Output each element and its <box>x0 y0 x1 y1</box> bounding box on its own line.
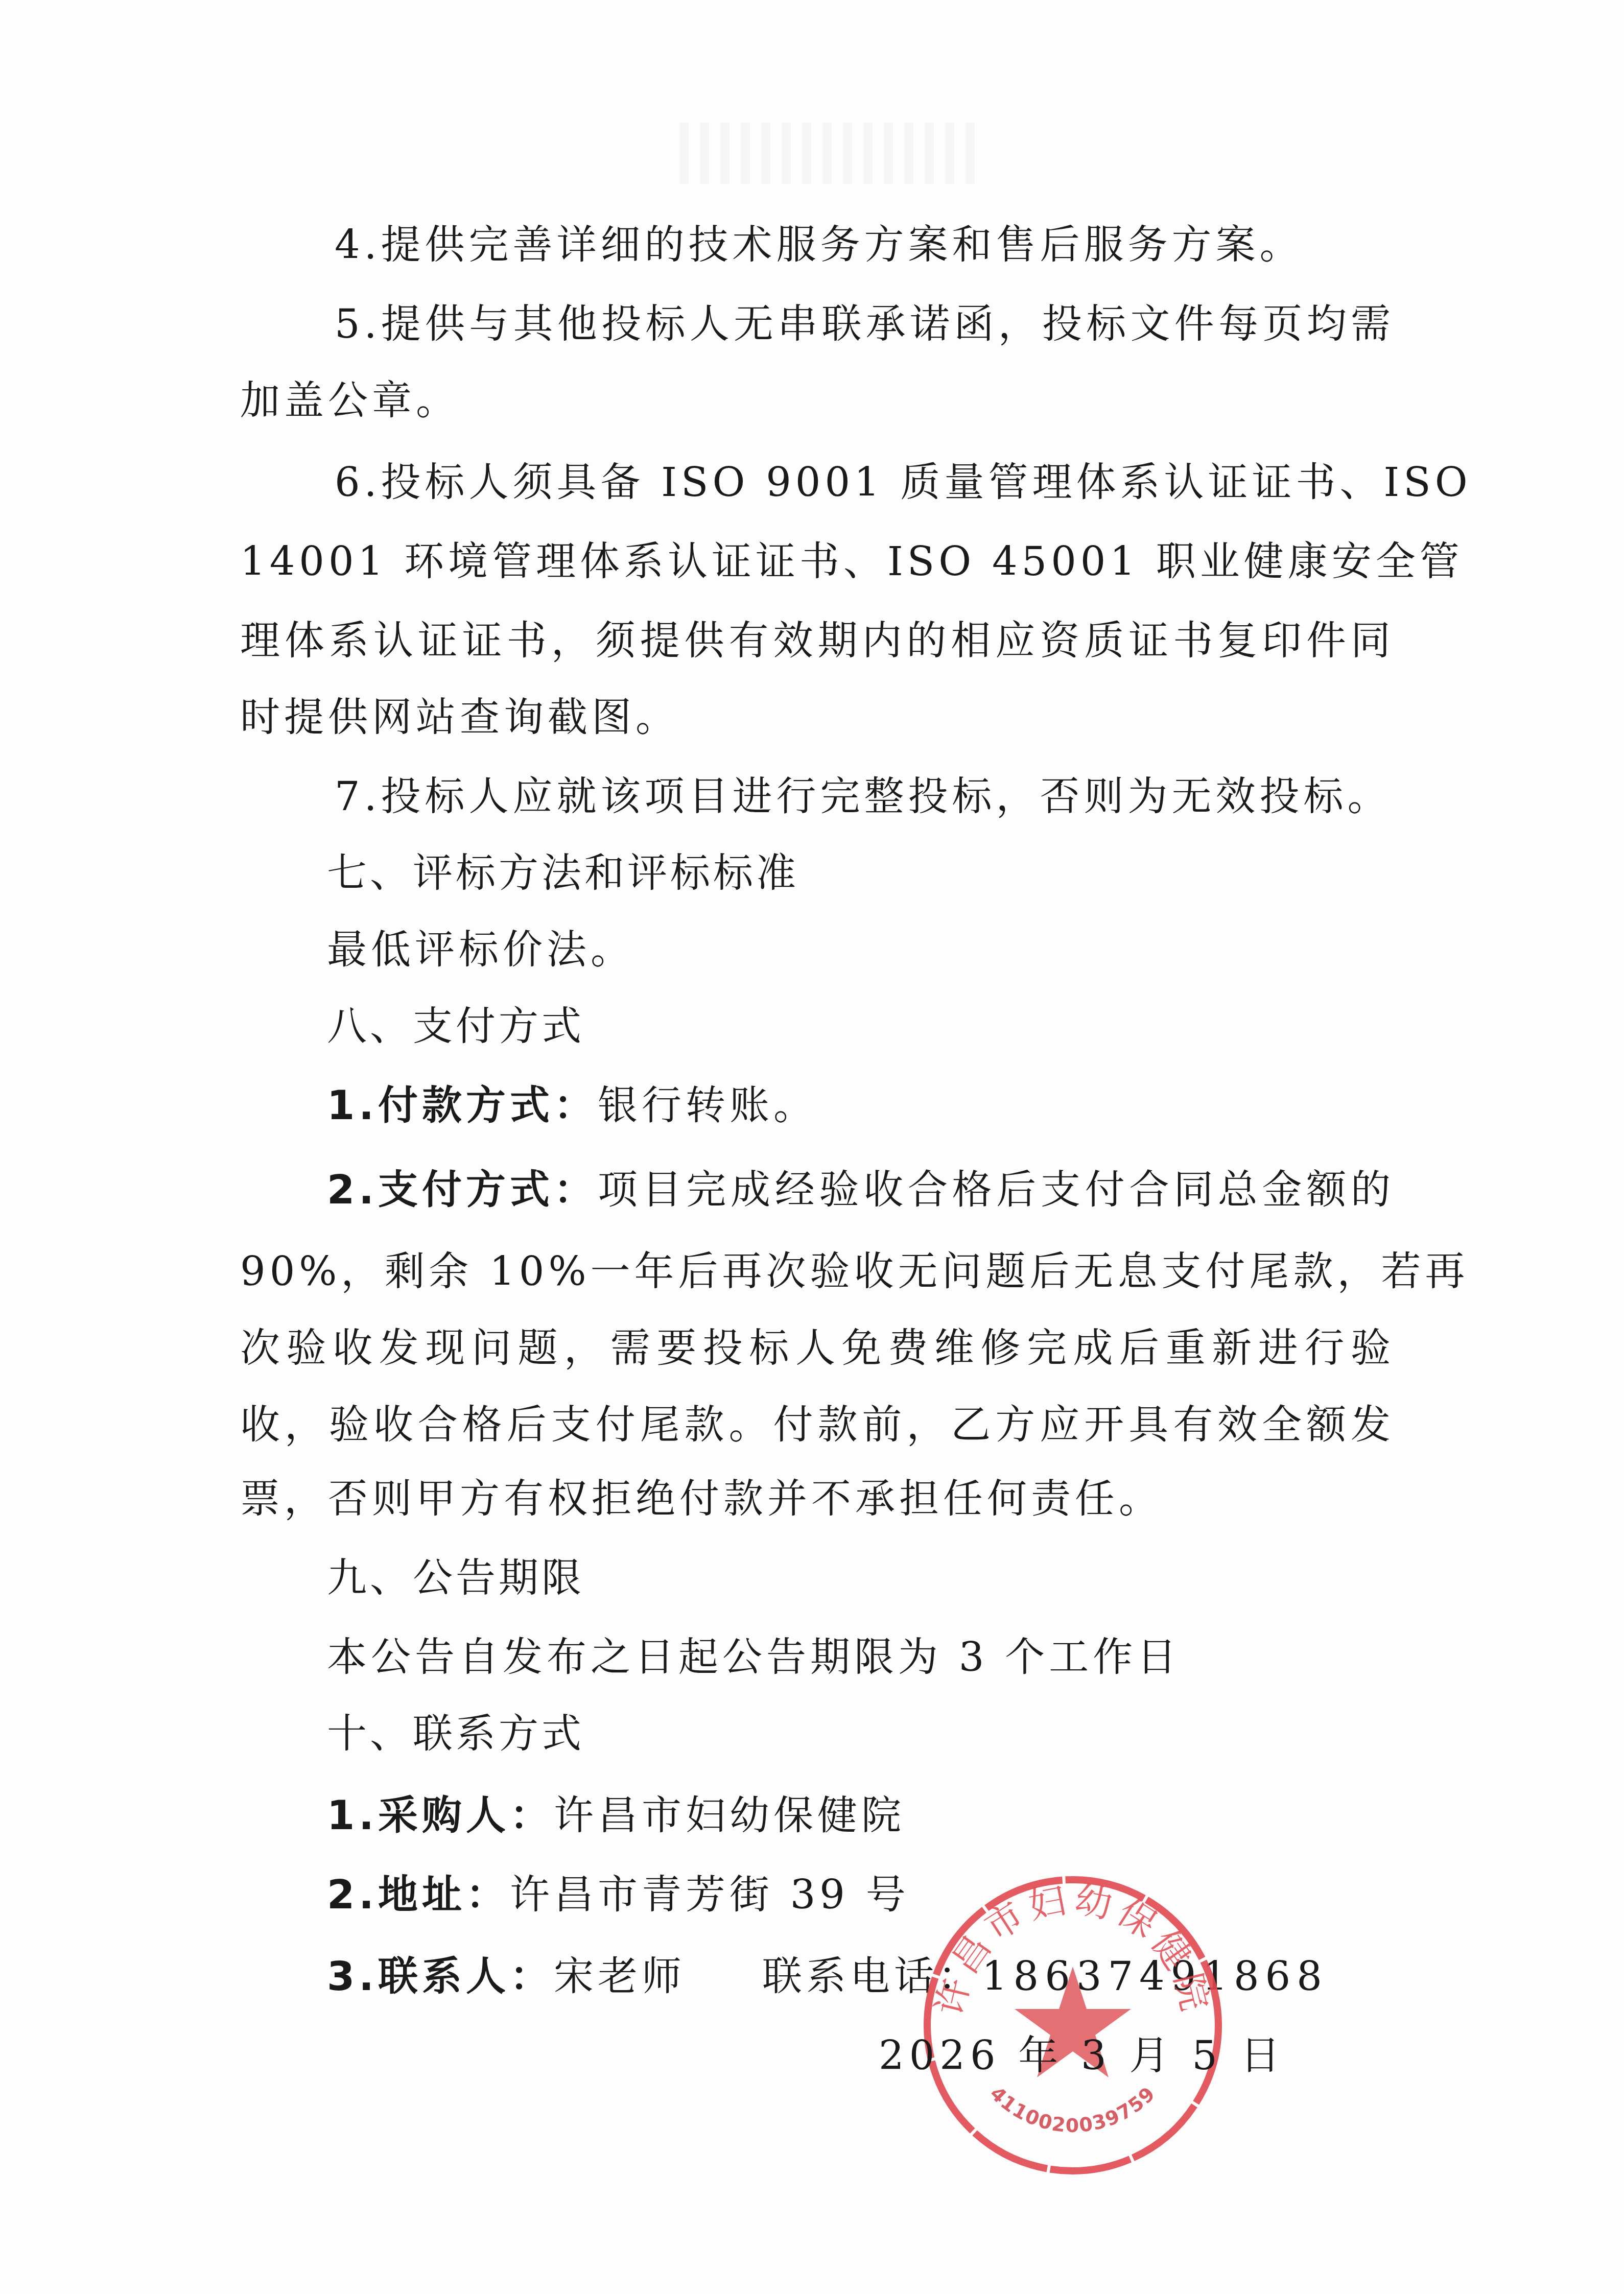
item-6-line-4: 时提供网站查询截图。 <box>240 692 1395 743</box>
payment-terms-line-3: 次验收发现问题，需要投标人免费维修完成后重新进行验 <box>240 1323 1395 1374</box>
seal-code: 4110020039759 <box>985 2082 1160 2137</box>
section-10-heading: 十、联系方式 <box>327 1709 1481 1760</box>
contact-label: 3.联系人： <box>327 1954 554 2000</box>
section-7-heading: 七、评标方法和评标标准 <box>327 848 1481 899</box>
section-8-heading: 八、支付方式 <box>327 1001 1481 1052</box>
section-7-body: 最低评标价法。 <box>327 925 1481 976</box>
section-9-heading: 九、公告期限 <box>327 1553 1481 1604</box>
item-6-line-3: 理体系认证证书，须提供有效期内的相应资质证书复印件同 <box>240 616 1395 667</box>
payment-terms-line-2: 90%，剩余 10%一年后再次验收无问题后无息支付尾款，若再 <box>240 1246 1395 1297</box>
item-7: 7.投标人应就该项目进行完整投标，否则为无效投标。 <box>335 771 1395 822</box>
payment-terms-label: 2.支付方式： <box>327 1165 598 1216</box>
payment-terms-row: 2.支付方式：项目完成经验收合格后支付合同总金额的 <box>327 1165 1395 1216</box>
faint-bleedthrough-text <box>679 123 986 184</box>
payment-terms-line-1: 项目完成经验收合格后支付合同总金额的 <box>598 1165 1395 1216</box>
section-9-body: 本公告自发布之日起公告期限为 3 个工作日 <box>327 1632 1481 1683</box>
address-label: 2.地址： <box>327 1872 510 1918</box>
item-5-line-2: 加盖公章。 <box>240 375 1395 427</box>
contact-row: 3.联系人：宋老师联系电话：18637491868 <box>327 1951 1481 2002</box>
purchaser-row: 1.采购人：许昌市妇幼保健院 <box>327 1790 1481 1841</box>
item-4: 4.提供完善详细的技术服务方案和售后服务方案。 <box>335 220 1395 271</box>
payment-method-row: 1.付款方式：银行转账。 <box>327 1080 1481 1131</box>
address-value: 许昌市青芳街 39 号 <box>510 1872 910 1918</box>
payment-method-value: 银行转账。 <box>598 1083 817 1129</box>
item-5-line-1: 5.提供与其他投标人无串联承诺函，投标文件每页均需 <box>335 299 1395 350</box>
item-6-line-2: 14001 环境管理体系认证证书、ISO 45001 职业健康安全管 <box>240 536 1395 587</box>
contact-value: 宋老师 <box>554 1954 686 2000</box>
document-page: 4.提供完善详细的技术服务方案和售后服务方案。 5.提供与其他投标人无串联承诺函… <box>0 0 1624 2294</box>
address-row: 2.地址：许昌市青芳街 39 号 <box>327 1870 1481 1921</box>
document-date: 2026 年 3 月 5 日 <box>879 2030 1285 2082</box>
payment-terms-line-4: 收，验收合格后支付尾款。付款前，乙方应开具有效全额发 <box>240 1400 1395 1451</box>
payment-terms-line-5: 票，否则甲方有权拒绝付款并不承担任何责任。 <box>240 1474 1395 1525</box>
item-6-line-1: 6.投标人须具备 ISO 9001 质量管理体系认证证书、ISO <box>335 457 1395 508</box>
official-seal: 许昌市妇幼保健院 4110020039759 <box>920 1872 1226 2179</box>
purchaser-value: 许昌市妇幼保健院 <box>554 1793 905 1839</box>
purchaser-label: 1.采购人： <box>327 1793 554 1839</box>
payment-method-label: 1.付款方式： <box>327 1083 598 1129</box>
